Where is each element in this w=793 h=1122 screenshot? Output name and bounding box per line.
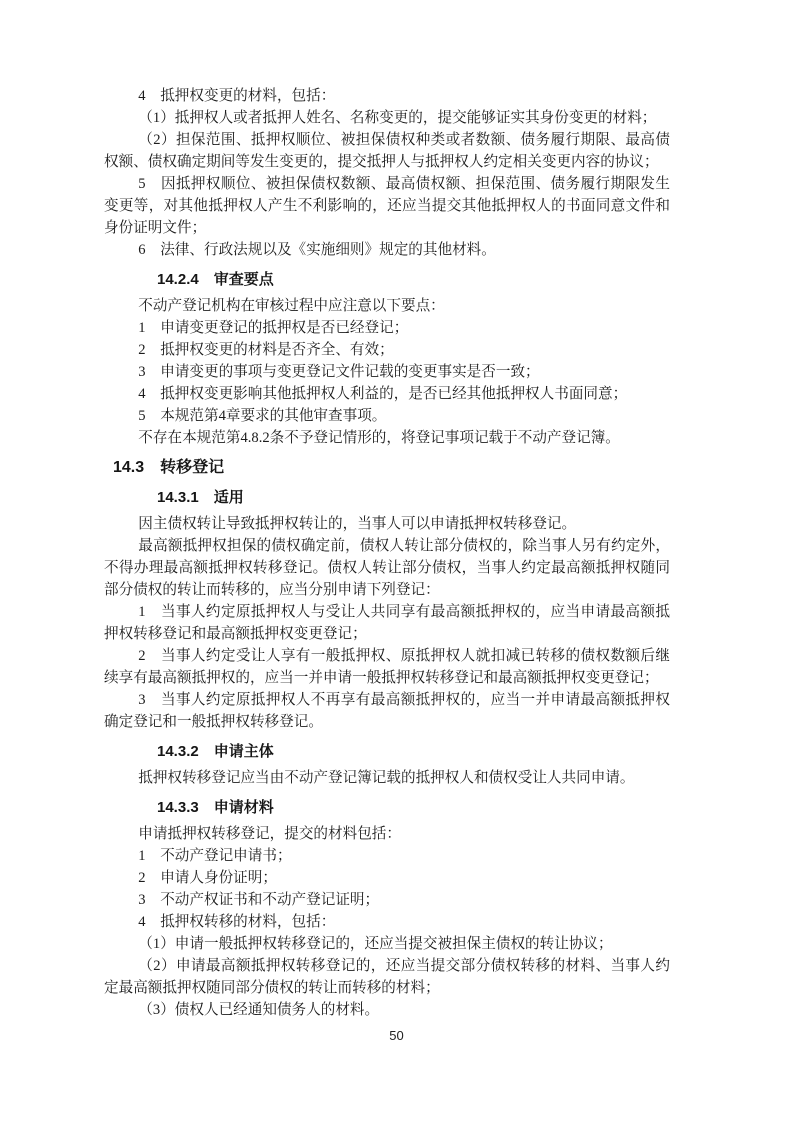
- list-item: 1 当事人约定原抵押权人与受让人共同享有最高额抵押权的，应当申请最高额抵押权转移…: [104, 601, 670, 645]
- list-item: 4 抵押权变更影响其他抵押权人利益的，是否已经其他抵押权人书面同意；: [104, 383, 670, 405]
- list-item: 5 本规范第4章要求的其他审查事项。: [104, 405, 670, 427]
- paragraph: 申请抵押权转移登记，提交的材料包括：: [104, 823, 670, 845]
- list-item: 2 当事人约定受让人享有一般抵押权、原抵押权人就扣减已转移的债权数额后继续享有最…: [104, 645, 670, 689]
- list-item: （2）担保范围、抵押权顺位、被担保债权种类或者数额、债务履行期限、最高债权额、债…: [104, 129, 670, 173]
- section-heading-14-3-3: 14.3.3 申请材料: [157, 797, 670, 819]
- section-heading-14-2-4: 14.2.4 审查要点: [157, 269, 670, 291]
- section-heading-14-3: 14.3 转移登记: [113, 457, 670, 479]
- paragraph: 因主债权转让导致抵押权转让的，当事人可以申请抵押权转移登记。: [104, 513, 670, 535]
- paragraph: 最高额抵押权担保的债权确定前，债权人转让部分债权的，除当事人另有约定外，不得办理…: [104, 535, 670, 601]
- section-heading-14-3-1: 14.3.1 适用: [157, 487, 670, 509]
- list-item: 4 抵押权转移的材料，包括：: [104, 911, 670, 933]
- list-item: 5 因抵押权顺位、被担保债权数额、最高债权额、担保范围、债务履行期限发生变更等，…: [104, 173, 670, 239]
- list-item: （3）债权人已经通知债务人的材料。: [104, 999, 670, 1021]
- list-item: （1）抵押权人或者抵押人姓名、名称变更的，提交能够证实其身份变更的材料；: [104, 107, 670, 129]
- list-item: 3 当事人约定原抵押权人不再享有最高额抵押权的，应当一并申请最高额抵押权确定登记…: [104, 689, 670, 733]
- paragraph: 不存在本规范第4.8.2条不予登记情形的，将登记事项记载于不动产登记簿。: [104, 427, 670, 449]
- list-item: 6 法律、行政法规以及《实施细则》规定的其他材料。: [104, 239, 670, 261]
- list-item: （1）申请一般抵押权转移登记的，还应当提交被担保主债权的转让协议；: [104, 933, 670, 955]
- page-content: 4 抵押权变更的材料，包括： （1）抵押权人或者抵押人姓名、名称变更的，提交能够…: [104, 85, 670, 1021]
- section-heading-14-3-2: 14.3.2 申请主体: [157, 741, 670, 763]
- list-item: 3 不动产权证书和不动产登记证明；: [104, 889, 670, 911]
- list-item: 1 不动产登记申请书；: [104, 845, 670, 867]
- list-item: 1 申请变更登记的抵押权是否已经登记；: [104, 317, 670, 339]
- paragraph: 抵押权转移登记应当由不动产登记簿记载的抵押权人和债权受让人共同申请。: [104, 767, 670, 789]
- list-item: 3 申请变更的事项与变更登记文件记载的变更事实是否一致；: [104, 361, 670, 383]
- list-item: （2）申请最高额抵押权转移登记的，还应当提交部分债权转移的材料、当事人约定最高额…: [104, 955, 670, 999]
- list-item: 2 申请人身份证明；: [104, 867, 670, 889]
- list-item: 2 抵押权变更的材料是否齐全、有效；: [104, 339, 670, 361]
- document-page: 4 抵押权变更的材料，包括： （1）抵押权人或者抵押人姓名、名称变更的，提交能够…: [0, 0, 793, 1122]
- paragraph: 不动产登记机构在审核过程中应注意以下要点：: [104, 295, 670, 317]
- list-item: 4 抵押权变更的材料，包括：: [104, 85, 670, 107]
- page-number: 50: [0, 1028, 793, 1043]
